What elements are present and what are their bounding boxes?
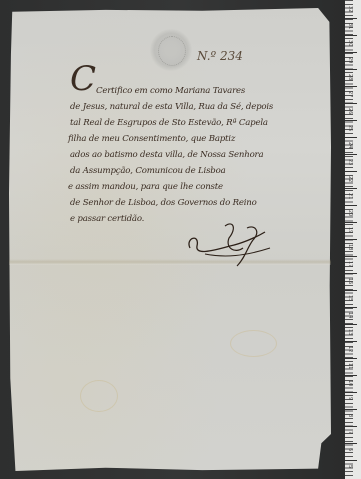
ruler-label: 15 (347, 295, 353, 301)
paper-stain (80, 380, 118, 412)
manuscript-line: e assim mandou, para que lhe conste (68, 182, 223, 192)
seal-crest (158, 36, 186, 66)
ruler-label: 27 (347, 91, 353, 97)
ruler-major-tick (345, 409, 357, 410)
ruler-major-tick (345, 188, 357, 189)
ruler-label: 18 (347, 244, 353, 250)
ruler-major-tick (345, 460, 357, 461)
ruler-major-tick (345, 18, 357, 19)
ruler-label: 19 (347, 227, 353, 233)
ruler-major-tick (345, 205, 357, 206)
ruler-label: 12 (347, 346, 353, 352)
ruler-label: 17 (347, 261, 353, 267)
document-number: N.º 234 (197, 49, 243, 63)
ruler-label: 5 (347, 465, 353, 468)
ruler-label: 25 (347, 125, 353, 131)
ruler-label: 31 (347, 23, 353, 29)
ruler-label: 23 (347, 159, 353, 165)
ruler-major-tick (345, 35, 357, 36)
ornamental-initial: C (70, 62, 96, 96)
ruler-label: 24 (347, 142, 353, 148)
manuscript-line: tal Real de Esgrupos de Sto Estevão, Rª … (70, 118, 268, 128)
ruler-major-tick (345, 341, 357, 342)
ruler-label: 30 (347, 40, 353, 46)
ruler-label: 26 (347, 108, 353, 114)
ruler-major-tick (345, 103, 357, 104)
ruler-major-tick (345, 52, 357, 53)
ruler-major-tick (345, 256, 357, 257)
ruler-label: 28 (347, 74, 353, 80)
ruler-major-tick (345, 290, 357, 291)
paper-stain (230, 330, 277, 357)
manuscript-line: e passar certidão. (70, 214, 144, 224)
manuscript-line: ados ao batismo desta villa, de Nossa Se… (70, 150, 263, 160)
ruler-major-tick (345, 375, 357, 376)
manuscript-line: da Assumpção, Comunicou de Lisboa (70, 166, 226, 176)
ruler-major-tick (345, 154, 357, 155)
ruler-major-tick (345, 358, 357, 359)
ruler-major-tick (345, 273, 357, 274)
ruler-label: 22 (347, 176, 353, 182)
ruler-major-tick (345, 137, 357, 138)
ruler-label: 7 (347, 431, 353, 434)
ruler-major-tick (345, 307, 357, 308)
ruler-label: 9 (347, 397, 353, 400)
measurement-ruler: 32 31 30 29 28 27 26 25 24 23 22 21 20 1… (345, 0, 361, 479)
ruler-label: 21 (347, 193, 353, 199)
manuscript-line: Certifico em como Mariana Tavares (96, 86, 245, 96)
ruler-major-tick (345, 69, 357, 70)
ruler-label: 10 (347, 380, 353, 386)
manuscript-line: filha de meu Consentimento, que Baptiz (68, 134, 235, 144)
manuscript-line: de Senhor de Lisboa, dos Governos do Rei… (70, 198, 257, 208)
ruler-label: 14 (347, 312, 353, 318)
ruler-label: 13 (347, 329, 353, 335)
ruler-major-tick (345, 324, 357, 325)
ruler-major-tick (345, 222, 357, 223)
ruler-label: 32 (347, 6, 353, 12)
signature-flourish-icon (185, 218, 275, 268)
page-fold-crease (9, 259, 331, 265)
manuscript-page (9, 8, 331, 471)
embossed-seal-icon (150, 28, 192, 72)
ruler-label: 11 (347, 363, 353, 369)
ruler-major-tick (345, 120, 357, 121)
ruler-label: 16 (347, 278, 353, 284)
ruler-major-tick (345, 443, 357, 444)
ruler-major-tick (345, 239, 357, 240)
ruler-major-tick (345, 86, 357, 87)
ruler-label: 29 (347, 57, 353, 63)
ruler-major-tick (345, 171, 357, 172)
ruler-label: 8 (347, 414, 353, 417)
ruler-label: 6 (347, 448, 353, 451)
ruler-major-tick (345, 426, 357, 427)
ruler-major-tick (345, 392, 357, 393)
ruler-label: 20 (347, 210, 353, 216)
manuscript-line: de Jesus, natural de esta Villa, Rua da … (70, 102, 273, 112)
